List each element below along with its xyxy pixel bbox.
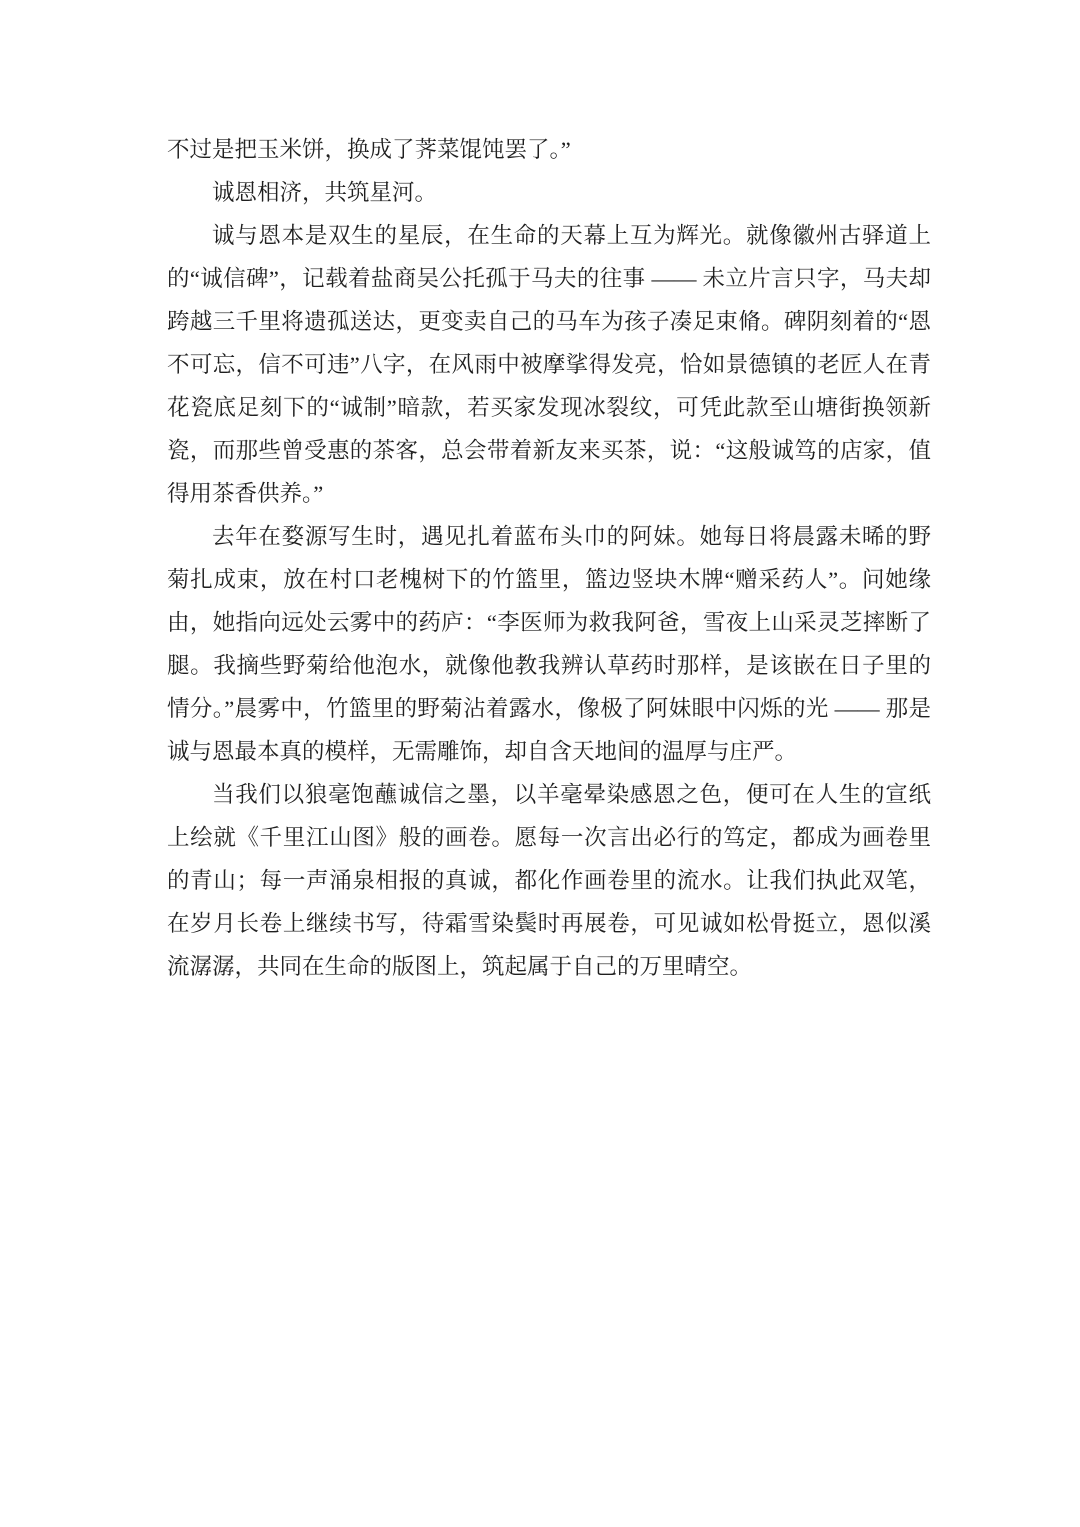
document-body: 不过是把玉米饼，换成了荠菜馄饨罢了。” 诚恩相济，共筑星河。 诚与恩本是双生的星… [167, 128, 931, 988]
paragraph-thesis: 诚恩相济，共筑星河。 [167, 171, 931, 214]
document-page: 不过是把玉米饼，换成了荠菜馄饨罢了。” 诚恩相济，共筑星河。 诚与恩本是双生的星… [0, 0, 1080, 1527]
paragraph-continuation: 不过是把玉米饼，换成了荠菜馄饨罢了。” [167, 128, 931, 171]
paragraph-chengxinbei: 诚与恩本是双生的星辰，在生命的天幕上互为辉光。就像徽州古驿道上的“诚信碑”，记载… [167, 214, 931, 515]
paragraph-wuyuan: 去年在婺源写生时，遇见扎着蓝布头巾的阿妹。她每日将晨露未晞的野菊扎成束，放在村口… [167, 515, 931, 773]
paragraph-conclusion: 当我们以狼毫饱蘸诚信之墨，以羊毫晕染感恩之色，便可在人生的宣纸上绘就《千里江山图… [167, 773, 931, 988]
